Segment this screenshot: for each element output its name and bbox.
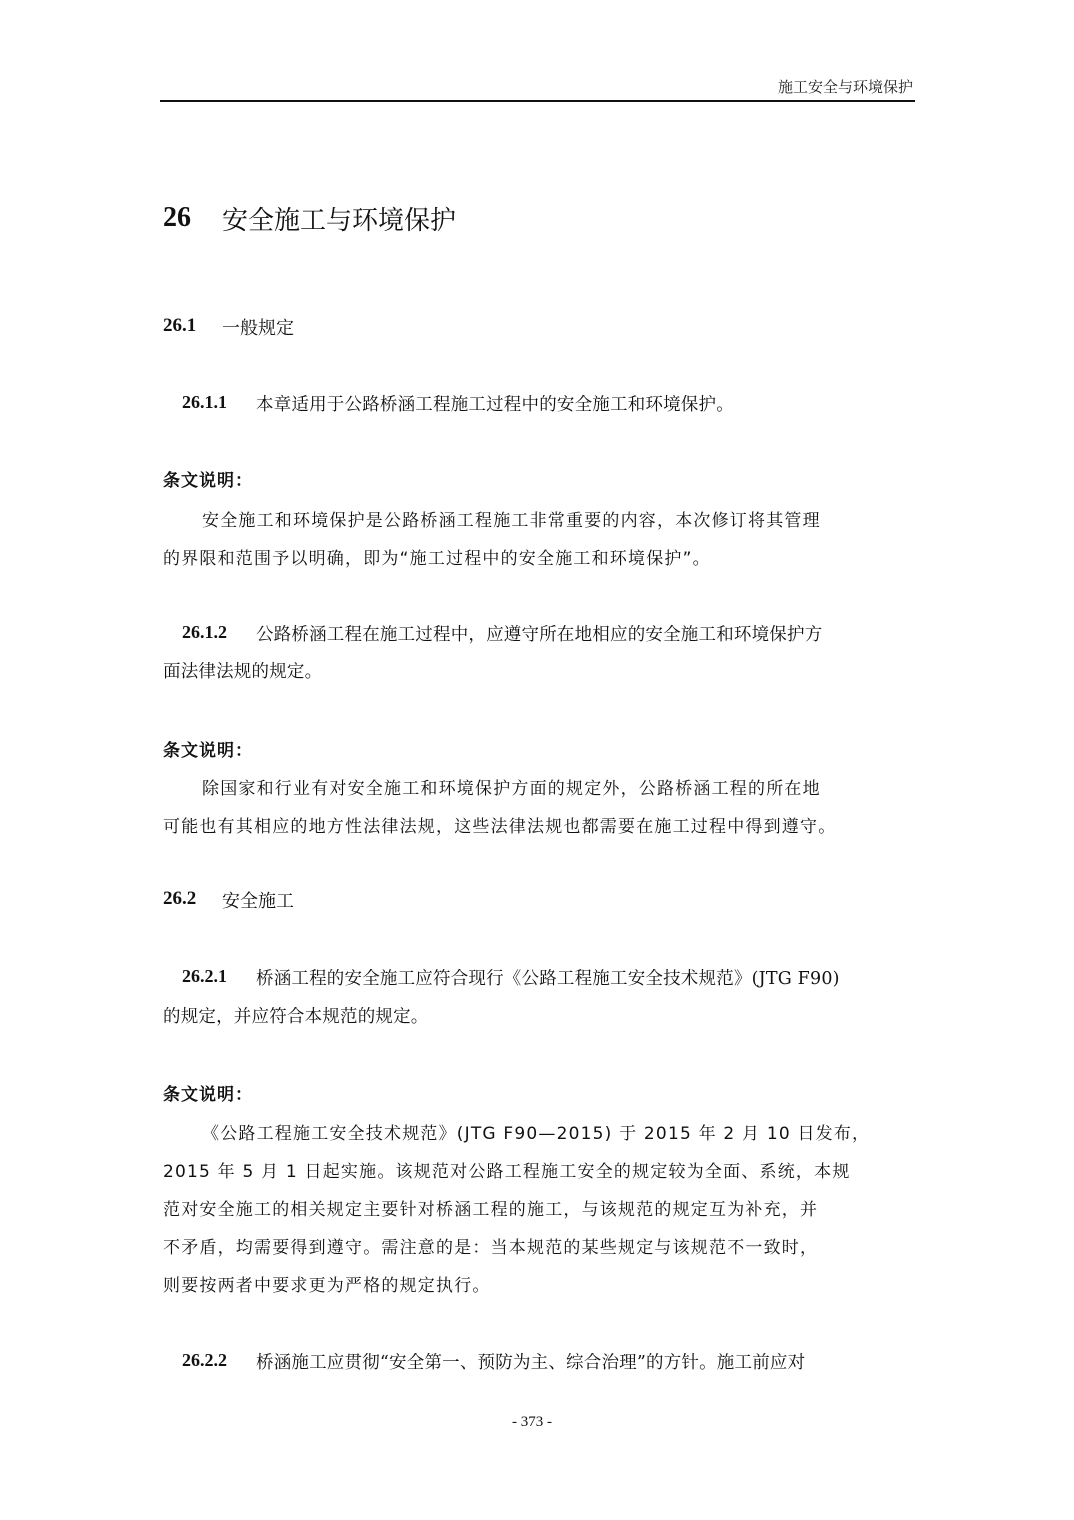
note-label: 条文说明： xyxy=(163,1080,253,1105)
page-number: - 373 - xyxy=(512,1414,552,1431)
clause-number: 26.1.2 xyxy=(182,622,227,643)
clause-number: 26.2.2 xyxy=(182,1350,227,1371)
note-text: 《公路工程施工安全技术规范》(JTG F90—2015) 于 2015 年 2 … xyxy=(202,1119,870,1144)
section-number: 26.2 xyxy=(163,888,196,910)
clause-text: 公路桥涵工程在施工过程中，应遵守所在地相应的安全施工和环境保护方 xyxy=(256,621,822,646)
chapter-title: 安全施工与环境保护 xyxy=(222,200,456,237)
note-label: 条文说明： xyxy=(163,736,253,761)
clause-number: 26.1.1 xyxy=(182,392,227,413)
running-header-title: 施工安全与环境保护 xyxy=(778,76,913,97)
note-text: 2015 年 5 月 1 日起实施。该规范对公路工程施工安全的规定较为全面、系统… xyxy=(163,1157,851,1182)
section-number: 26.1 xyxy=(163,315,196,337)
note-text: 可能也有其相应的地方性法律法规，这些法律法规也都需要在施工过程中得到遵守。 xyxy=(163,812,836,837)
note-text: 则要按两者中要求更为严格的规定执行。 xyxy=(163,1271,491,1296)
note-text: 安全施工和环境保护是公路桥涵工程施工非常重要的内容，本次修订将其管理 xyxy=(202,506,821,531)
clause-text: 的规定，并应符合本规范的规定。 xyxy=(163,1003,429,1028)
section-title: 一般规定 xyxy=(222,314,294,340)
section-title: 安全施工 xyxy=(222,887,294,913)
clause-text: 桥涵施工应贯彻“安全第一、预防为主、综合治理”的方针。施工前应对 xyxy=(256,1349,805,1374)
note-text: 的界限和范围予以明确，即为“施工过程中的安全施工和环境保护”。 xyxy=(163,544,711,569)
note-text: 范对安全施工的相关规定主要针对桥涵工程的施工，与该规范的规定互为补充，并 xyxy=(163,1195,818,1220)
clause-number: 26.2.1 xyxy=(182,966,227,987)
clause-text: 桥涵工程的安全施工应符合现行《公路工程施工安全技术规范》(JTG F90) xyxy=(256,965,840,990)
note-text: 不矛盾，均需要得到遵守。需注意的是：当本规范的某些规定与该规范不一致时， xyxy=(163,1233,818,1258)
note-label: 条文说明： xyxy=(163,466,253,491)
clause-text: 面法律法规的规定。 xyxy=(163,658,322,683)
running-header: 施工安全与环境保护 xyxy=(160,74,915,102)
note-text: 除国家和行业有对安全施工和环境保护方面的规定外，公路桥涵工程的所在地 xyxy=(202,774,821,799)
chapter-number: 26 xyxy=(163,202,191,234)
clause-text: 本章适用于公路桥涵工程施工过程中的安全施工和环境保护。 xyxy=(256,391,734,416)
